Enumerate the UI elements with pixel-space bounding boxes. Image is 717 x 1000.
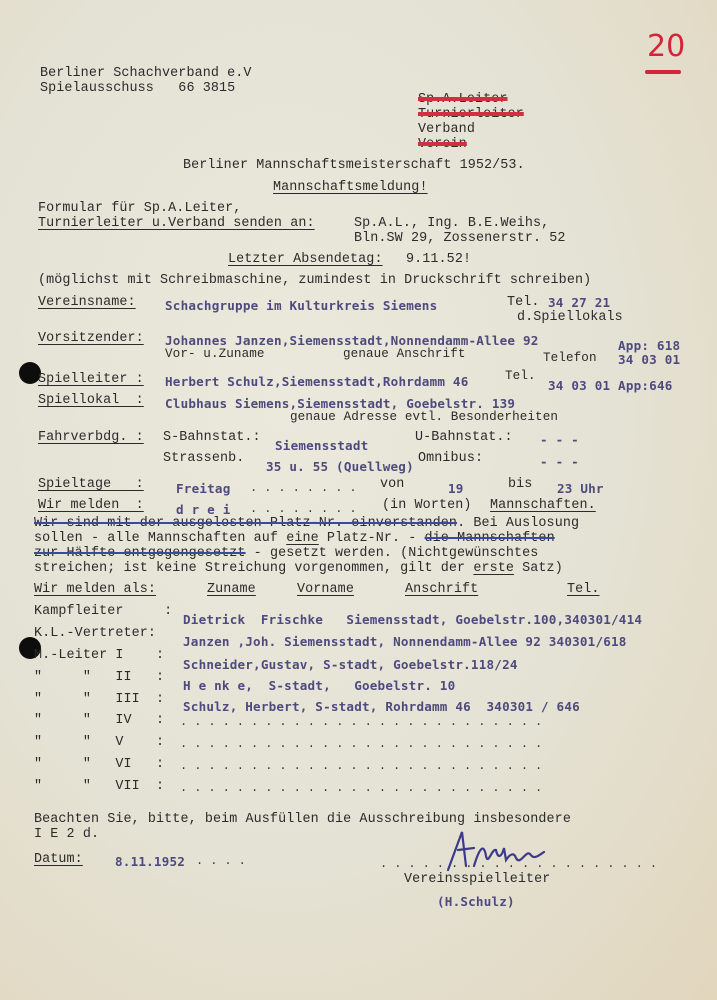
- to-label: bis: [508, 477, 532, 492]
- roster-role: M.-Leiter I :: [34, 648, 164, 663]
- club-tel-label: Tel.: [507, 295, 540, 310]
- roster-empty-line[interactable]: ..........................: [180, 737, 549, 751]
- draw-line-2-a: sollen - alle Mannschaften auf: [34, 531, 286, 546]
- roster-role: K.L.-Vertreter:: [34, 626, 156, 641]
- game-leader-value[interactable]: Herbert Schulz,Siemensstadt,Rohrdamm 46: [165, 374, 469, 389]
- draw-line-2: sollen - alle Mannschaften auf eine Plat…: [34, 531, 555, 546]
- deadline-label: Letzter Absendetag:: [228, 252, 383, 267]
- tram-value[interactable]: 35 u. 55 (Quellweg): [266, 459, 414, 474]
- game-leader-label: Spielleiter :: [38, 372, 144, 387]
- chairman-hint-name: Vor- u.Zuname: [165, 347, 265, 362]
- roster-col-vorname: Vorname: [297, 582, 354, 597]
- page-number: 20: [647, 32, 685, 62]
- date-label: Datum:: [34, 852, 83, 867]
- draw-line-3-rest: - gesetzt werden. (Nichtgewünschtes: [246, 546, 539, 561]
- bus-label: Omnibus:: [418, 451, 483, 466]
- bus-value[interactable]: - - -: [540, 454, 579, 469]
- struck-sentence: Wir sind mit der ausgelosten Platz-Nr. e…: [34, 516, 457, 531]
- signature-role: Vereinsspielleiter: [404, 872, 550, 887]
- draw-line-4: streichen; ist keine Streichung vorgenom…: [34, 561, 563, 576]
- roster-col-tel: Tel.: [567, 582, 600, 597]
- send-to-address-1: Sp.A.L., Ing. B.E.Weihs,: [354, 216, 549, 231]
- send-to-label: Turnierleiter u.Verband senden an:: [38, 216, 315, 231]
- transport-label: Fahrverbdg. :: [38, 430, 144, 445]
- date-value[interactable]: 8.11.1952: [115, 854, 185, 869]
- club-tel-hint: d.Spiellokals: [517, 310, 623, 325]
- page-number-underline: [645, 70, 681, 74]
- draw-line-3: zur Hälfte entgegengesetzt - gesetzt wer…: [34, 546, 538, 561]
- chairman-tel[interactable]: 34 03 01: [618, 352, 680, 367]
- roster-role: Kampfleiter :: [34, 604, 172, 619]
- roster-label: Wir melden als:: [34, 582, 156, 597]
- org-dept: Spielausschuss 66 3815: [40, 81, 235, 96]
- recipient-spa-leiter: Sp.A.Leiter: [418, 92, 508, 107]
- roster-empty-line[interactable]: ..........................: [180, 715, 549, 729]
- draw-line-1-rest: . Bei Auslosung: [457, 516, 579, 531]
- venue-hint: genaue Adresse evtl. Besonderheiten: [290, 410, 558, 425]
- draw-erste: erste: [473, 561, 514, 576]
- game-leader-tel-label: Tel.: [505, 369, 536, 384]
- chairman-hint-address: genaue Anschrift: [343, 347, 466, 362]
- roster-role: " " IV :: [34, 713, 164, 728]
- team-count-suffix: (in Worten): [382, 498, 472, 513]
- from-value[interactable]: 19: [448, 481, 464, 496]
- recipient-verein: Verein: [418, 137, 467, 152]
- club-tel-value[interactable]: 34 27 21: [548, 295, 610, 310]
- draw-line-2-b: Platz-Nr. -: [319, 531, 425, 546]
- form-for-label: Formular für Sp.A.Leiter,: [38, 201, 241, 216]
- roster-role: " " III :: [34, 692, 164, 707]
- roster-entry[interactable]: Schneider,Gustav, S-stadt, Goebelstr.118…: [183, 657, 518, 672]
- signature-icon: [440, 826, 550, 876]
- team-count-label: Wir melden :: [38, 498, 144, 513]
- roster-entry[interactable]: H e nk e, S-stadt, Goebelstr. 10: [183, 678, 455, 693]
- roster-entry[interactable]: Janzen ,Joh. Siemensstadt, Nonnendamm-Al…: [183, 634, 627, 649]
- roster-entry[interactable]: Schulz, Herbert, S-stadt, Rohrdamm 46 34…: [183, 699, 580, 714]
- roster-role: " " VII :: [34, 779, 164, 794]
- play-days-label: Spieltage :: [38, 477, 144, 492]
- roster-col-zuname: Zuname: [207, 582, 256, 597]
- club-name-value[interactable]: Schachgruppe im Kulturkreis Siemens: [165, 298, 437, 313]
- venue-label: Spiellokal :: [38, 393, 144, 408]
- to-value[interactable]: 23 Uhr: [557, 481, 604, 496]
- document-subtitle: Mannschaftsmeldung!: [273, 180, 428, 195]
- draw-eine: eine: [286, 531, 319, 546]
- recipient-verband: Verband: [418, 122, 475, 137]
- deadline-value: 9.11.52!: [406, 252, 471, 267]
- roster-entry[interactable]: Dietrick Frischke Siemensstadt, Goebelst…: [183, 612, 642, 627]
- u-bahn-label: U-Bahnstat.:: [415, 430, 513, 445]
- u-bahn-value[interactable]: - - -: [540, 432, 579, 447]
- team-count-value[interactable]: d r e i: [176, 502, 230, 517]
- teams-label: Mannschaften.: [490, 498, 596, 513]
- org-name: Berliner Schachverband e.V: [40, 66, 252, 81]
- game-leader-tel-value[interactable]: 34 03 01 App:646: [548, 378, 673, 393]
- typing-note: (möglichst mit Schreibmaschine, zumindes…: [38, 273, 591, 288]
- from-label: von: [380, 477, 404, 492]
- roster-empty-line[interactable]: ..........................: [180, 781, 549, 795]
- send-to-address-2: Bln.SW 29, Zossenerstr. 52: [354, 231, 566, 246]
- footer-note-1: Beachten Sie, bitte, beim Ausfüllen die …: [34, 812, 571, 827]
- chairman-app[interactable]: App: 618: [618, 338, 680, 353]
- chairman-hint-tel: Telefon: [543, 351, 597, 366]
- draw-struck-half: zur Hälfte entgegengesetzt: [34, 546, 246, 561]
- draw-line-1: Wir sind mit der ausgelosten Platz-Nr. e…: [34, 516, 579, 531]
- play-day-value[interactable]: Freitag: [176, 481, 230, 496]
- tram-label: Strassenb.: [163, 451, 244, 466]
- document-title: Berliner Mannschaftsmeisterschaft 1952/5…: [183, 158, 525, 173]
- signature-name: (H.Schulz): [437, 894, 515, 909]
- draw-struck-teams: die Mannschaften: [425, 531, 555, 546]
- draw-line-4-b: Satz): [514, 561, 563, 576]
- s-bahn-label: S-Bahnstat.:: [163, 430, 261, 445]
- draw-line-4-a: streichen; ist keine Streichung vorgenom…: [34, 561, 473, 576]
- dot-leader: ....: [196, 854, 253, 868]
- roster-empty-line[interactable]: ..........................: [180, 759, 549, 773]
- dot-leader: ........: [250, 502, 364, 516]
- chairman-value[interactable]: Johannes Janzen,Siemensstadt,Nonnendamm-…: [165, 333, 539, 348]
- club-name-label: Vereinsname:: [38, 295, 136, 310]
- venue-value[interactable]: Clubhaus Siemens,Siemensstadt, Goebelstr…: [165, 396, 515, 411]
- chairman-label: Vorsitzender:: [38, 331, 144, 346]
- footer-note-2: I E 2 d.: [34, 827, 99, 842]
- recipient-turnierleiter: Turnierleiter: [418, 107, 524, 122]
- roster-role: " " II :: [34, 670, 164, 685]
- roster-role: " " V :: [34, 735, 164, 750]
- s-bahn-value[interactable]: Siemensstadt: [275, 438, 368, 453]
- roster-col-anschrift: Anschrift: [405, 582, 478, 597]
- roster-role: " " VI :: [34, 757, 164, 772]
- dot-leader: ........: [250, 481, 364, 495]
